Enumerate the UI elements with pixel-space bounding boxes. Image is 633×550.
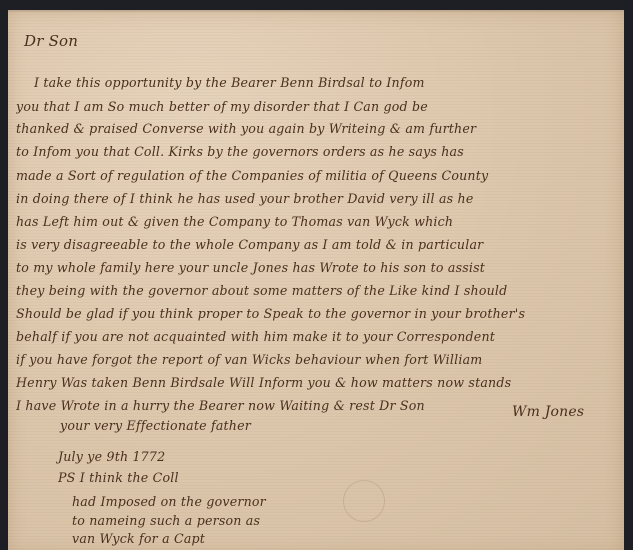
body-line: thanked & praised Converse with you agai…	[16, 121, 616, 136]
faded-seal-mark	[343, 480, 385, 522]
body-line: made a Sort of regulation of the Compani…	[16, 168, 616, 183]
body-line: you that I am So much better of my disor…	[16, 99, 616, 114]
postscript-line: PS I think the Coll	[58, 470, 179, 485]
signature: Wm Jones	[512, 404, 584, 420]
postscript-line: to nameing such a person as	[72, 513, 260, 528]
body-line: Henry Was taken Benn Birdsale Will Infor…	[16, 375, 616, 390]
closing: your very Effectionate father	[60, 418, 251, 433]
body-line: Should be glad if you think proper to Sp…	[16, 306, 616, 321]
salutation: Dr Son	[24, 32, 78, 50]
postscript-line: van Wyck for a Capt	[72, 531, 205, 546]
body-line: in doing there of I think he has used yo…	[16, 191, 616, 206]
body-line: if you have forgot the report of van Wic…	[16, 352, 616, 367]
letter-page	[8, 10, 624, 550]
body-line: to my whole family here your uncle Jones…	[16, 260, 616, 275]
paper-edge	[8, 10, 624, 13]
body-line: has Left him out & given the Company to …	[16, 214, 616, 229]
date: July ye 9th 1772	[58, 449, 165, 464]
body-line: behalf if you are not acquainted with hi…	[16, 329, 616, 344]
body-line: I take this opportunity by the Bearer Be…	[34, 75, 633, 90]
body-line: is very disagreeable to the whole Compan…	[16, 237, 616, 252]
postscript-line: had Imposed on the governor	[72, 494, 266, 509]
body-line: to Infom you that Coll. Kirks by the gov…	[16, 144, 616, 159]
body-line: they being with the governor about some …	[16, 283, 616, 298]
